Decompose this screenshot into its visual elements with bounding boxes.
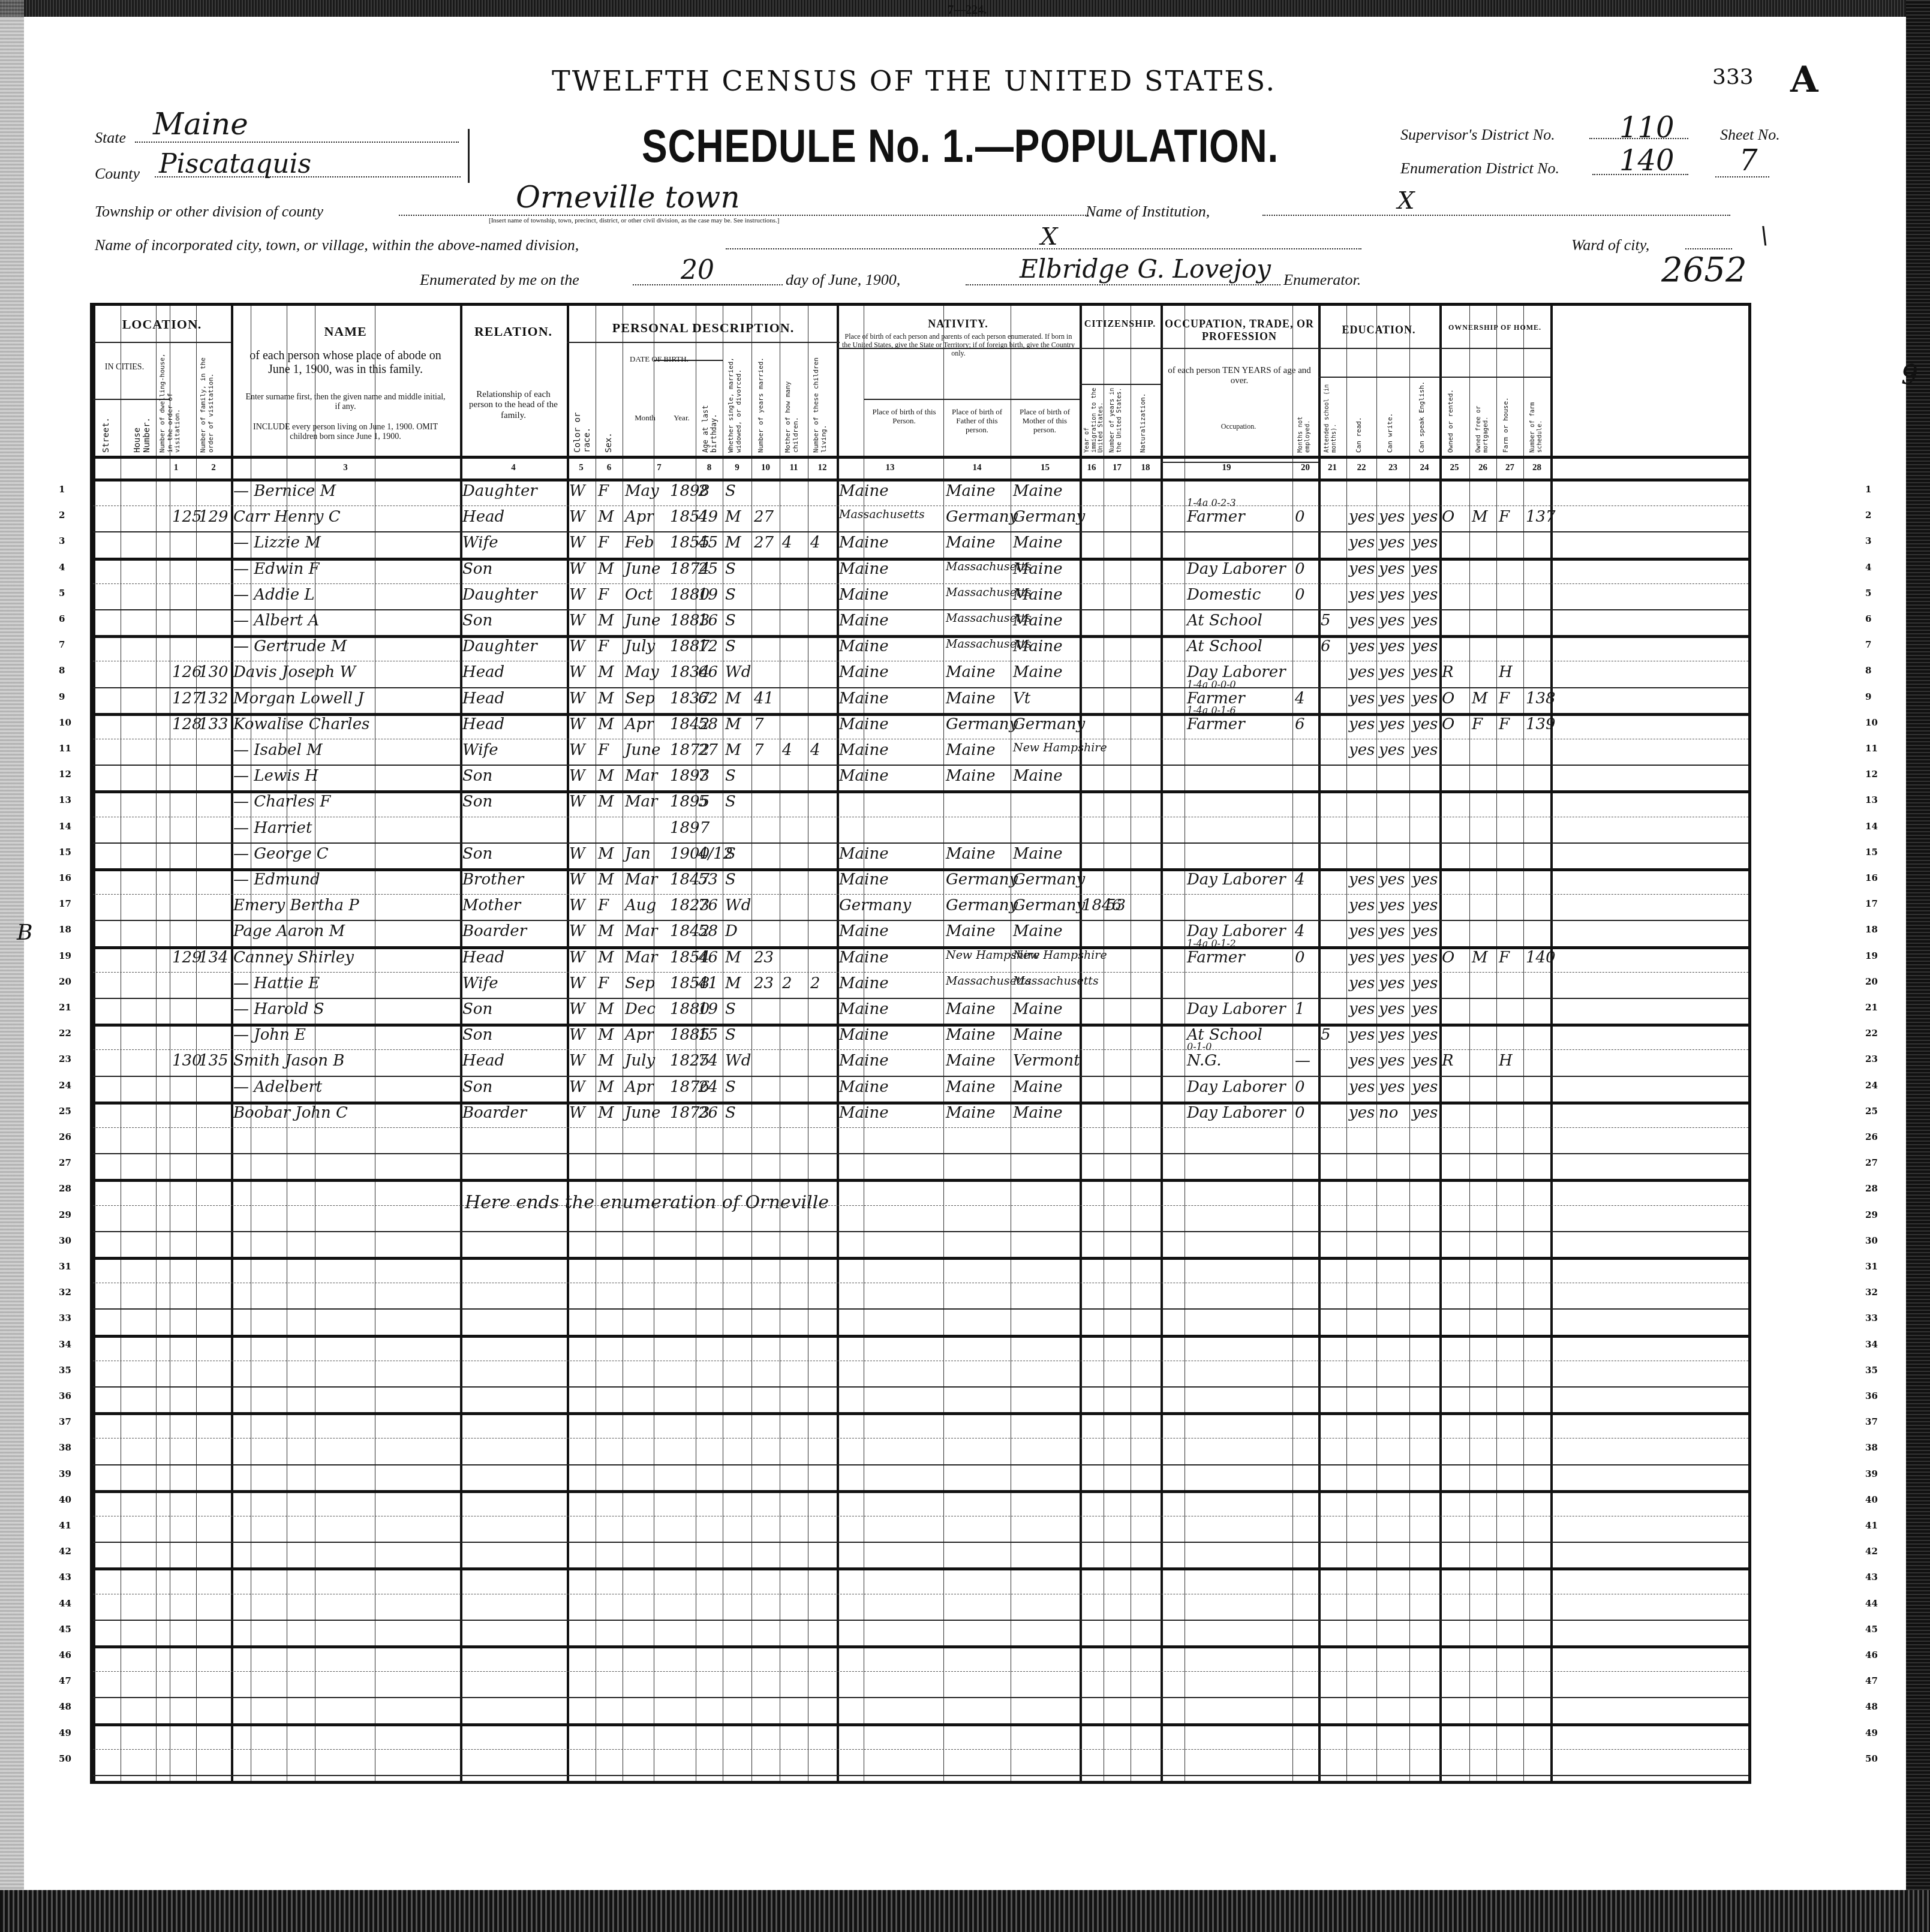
line-number-right: 47 — [1865, 1675, 1878, 1686]
stamp-number: 2652 — [1661, 251, 1747, 290]
township-note: [Insert name of township, town, precinct… — [489, 217, 780, 224]
cell-sex: M — [598, 871, 614, 889]
cell-occupation: Day Laborer — [1187, 871, 1286, 889]
cell-sex: M — [598, 1052, 614, 1070]
row-ruling — [93, 1567, 1748, 1570]
column-number: 16 — [1080, 463, 1104, 473]
cell-marital: D — [725, 922, 738, 940]
cell-mother-of: 2 — [782, 974, 792, 992]
ruling — [93, 306, 95, 1781]
cell-family: 129 — [199, 508, 229, 526]
cell-relation: Son — [462, 1078, 492, 1096]
occupation-desc: of each person TEN YEARS of age and over… — [1167, 366, 1312, 387]
cell-relation: Head — [462, 690, 504, 708]
cell-write: yes — [1379, 949, 1405, 967]
cell-sex: M — [598, 560, 614, 578]
cell-read: yes — [1349, 741, 1375, 759]
cell-owned: R — [1442, 1052, 1454, 1070]
cell-sex: M — [598, 1026, 614, 1044]
cell-not-employed: 0 — [1295, 1078, 1305, 1096]
ruling — [1346, 306, 1347, 1781]
census-title: TWELFTH CENSUS OF THE UNITED STATES. — [552, 65, 1276, 97]
line-number-right: 9 — [1865, 691, 1871, 702]
cell-age: 62 — [698, 690, 718, 708]
page-letter: A — [1790, 59, 1818, 101]
line-number-right: 46 — [1865, 1650, 1878, 1660]
cell-mother-birth: Maine — [1013, 560, 1063, 578]
cell-marital: Wd — [725, 1052, 751, 1070]
cell-birth: Maine — [839, 767, 889, 785]
cell-occupation-code: 0-1-0 — [1187, 1041, 1211, 1052]
cell-sex: M — [598, 1104, 614, 1122]
cell-name: — Lizzie M — [233, 534, 321, 552]
cell-marital: S — [725, 1104, 736, 1122]
line-number-right: 22 — [1865, 1028, 1878, 1039]
cell-farm: F — [1499, 949, 1510, 967]
incorporated-value: X — [1041, 223, 1057, 251]
sheet-underline — [1715, 176, 1769, 177]
ruling — [780, 306, 780, 1781]
column-number: 24 — [1409, 463, 1439, 473]
line-number-right: 42 — [1865, 1546, 1878, 1557]
cell-relation: Head — [462, 1052, 504, 1070]
cell-color: W — [569, 663, 585, 681]
row-ruling — [93, 1645, 1748, 1648]
column-number: 8 — [696, 463, 723, 473]
line-number-right: 26 — [1865, 1131, 1878, 1142]
cell-write: yes — [1379, 586, 1405, 604]
ward-label: Ward of city, — [1571, 236, 1649, 254]
column-number: 21 — [1318, 463, 1346, 473]
cell-write: yes — [1379, 1078, 1405, 1096]
cell-marital: S — [725, 560, 736, 578]
cell-write: no — [1379, 1104, 1398, 1122]
ruling — [196, 306, 197, 1781]
ruling — [723, 306, 723, 1781]
cell-family: 134 — [199, 949, 229, 967]
cell-yrs-married: 23 — [754, 974, 774, 992]
cell-read: yes — [1349, 1000, 1375, 1018]
cell-write: yes — [1379, 1026, 1405, 1044]
cell-age: 25 — [698, 560, 718, 578]
col-marital: Whether single, married, widowed, or div… — [727, 348, 742, 453]
cell-month: June — [625, 612, 660, 630]
column-number: 14 — [943, 463, 1011, 473]
cell-mortgaged: F — [1472, 715, 1483, 733]
line-number-left: 16 — [59, 872, 71, 883]
cell-read: yes — [1349, 1052, 1375, 1070]
group-nativity: NATIVITY. — [837, 318, 1080, 330]
column-number: 11 — [780, 463, 808, 473]
cell-living: 2 — [810, 974, 820, 992]
ruling — [1161, 306, 1163, 1781]
cell-occupation-code: 1-4a 0-1-6 — [1187, 705, 1236, 716]
cell-yrs-married: 7 — [754, 741, 764, 759]
ruling — [1011, 306, 1011, 1781]
line-number-right: 18 — [1865, 924, 1878, 935]
cell-occupation: Day Laborer — [1187, 1000, 1286, 1018]
line-number-left: 19 — [59, 950, 71, 961]
cell-marital: S — [725, 871, 736, 889]
schedule-title: SCHEDULE No. 1.—POPULATION. — [642, 119, 1279, 173]
row-ruling — [93, 1049, 1748, 1050]
row-ruling — [93, 842, 1748, 844]
cell-write: yes — [1379, 871, 1405, 889]
cell-age: 53 — [698, 871, 718, 889]
row-ruling — [93, 661, 1748, 661]
cell-occupation: Day Laborer — [1187, 1104, 1286, 1122]
cell-relation: Wife — [462, 741, 498, 759]
cell-month: Mar — [625, 871, 658, 889]
name-desc-3: INCLUDE every person living on June 1, 1… — [243, 423, 448, 442]
cell-relation: Boarder — [462, 1104, 527, 1122]
cell-sex: F — [598, 974, 609, 992]
line-number-right: 36 — [1865, 1391, 1878, 1401]
cell-age: 26 — [698, 1104, 718, 1122]
cell-not-employed: 0 — [1295, 1104, 1305, 1122]
institution-label: Name of Institution, — [1086, 203, 1210, 221]
line-number-left: 45 — [59, 1624, 71, 1635]
cell-birth: Maine — [839, 586, 889, 604]
cell-relation: Head — [462, 508, 504, 526]
line-number-right: 20 — [1865, 976, 1878, 987]
cell-month: Sep — [625, 974, 655, 992]
cell-name: Page Aaron M — [233, 922, 345, 940]
row-ruling — [93, 972, 1748, 973]
column-number: 10 — [751, 463, 780, 473]
enumeration-label: Enumeration District No. — [1400, 160, 1559, 177]
cell-age: 41 — [698, 974, 718, 992]
page-number: 333 — [1712, 65, 1754, 89]
column-number: 20 — [1292, 463, 1318, 473]
cell-color: W — [569, 586, 585, 604]
cell-english: yes — [1412, 1026, 1438, 1044]
line-number-left: 36 — [59, 1391, 71, 1401]
cell-name: Carr Henry C — [233, 508, 341, 526]
scan-border-bottom — [0, 1890, 1930, 1932]
line-number-left: 18 — [59, 924, 71, 935]
line-number-left: 17 — [59, 898, 71, 909]
line-number-left: 42 — [59, 1546, 71, 1557]
cell-name: — Lewis H — [233, 767, 318, 785]
cell-yrs-married: 27 — [754, 534, 774, 552]
cell-name: Kowalise Charles — [233, 715, 369, 733]
cell-write: yes — [1379, 741, 1405, 759]
ruling — [1131, 306, 1131, 1781]
cell-relation: Head — [462, 949, 504, 967]
cell-mother-birth: Maine — [1013, 637, 1063, 655]
row-ruling — [93, 1231, 1748, 1232]
ruling — [121, 306, 121, 1781]
name-desc-1: of each person whose place of abode on J… — [246, 349, 445, 377]
cell-english: yes — [1412, 896, 1438, 914]
cell-marital: M — [725, 690, 741, 708]
cell-birth: Germany — [839, 896, 911, 914]
cell-relation: Son — [462, 767, 492, 785]
cell-month: Mar — [625, 922, 658, 940]
cell-marital: S — [725, 586, 736, 604]
cell-name: — Addie L — [233, 586, 315, 604]
cell-living: 4 — [810, 534, 820, 552]
cell-relation: Wife — [462, 534, 498, 552]
cell-father-birth: Germany — [946, 715, 1018, 733]
cell-color: W — [569, 767, 585, 785]
cell-color: W — [569, 508, 585, 526]
line-number-left: 8 — [59, 665, 65, 676]
cell-sex: F — [598, 741, 609, 759]
ruling — [93, 342, 231, 343]
line-number-left: 3 — [59, 535, 65, 546]
cell-mother-birth: Maine — [1013, 663, 1063, 681]
cell-read: yes — [1349, 508, 1375, 526]
cell-mother-birth: Germany — [1013, 871, 1085, 889]
cell-relation: Daughter — [462, 482, 537, 500]
cell-color: W — [569, 922, 585, 940]
row-ruling — [93, 765, 1748, 766]
cell-month: Oct — [625, 586, 653, 604]
cell-marital: M — [725, 534, 741, 552]
cell-occupation: Day Laborer — [1187, 1078, 1286, 1096]
cell-color: W — [569, 871, 585, 889]
cell-birth: Maine — [839, 922, 889, 940]
col-birthplace: Place of birth of this Person. — [867, 408, 942, 426]
line-number-right: 15 — [1865, 847, 1878, 857]
cell-age: 74 — [698, 1052, 718, 1070]
col-years-married: Number of years married. — [757, 348, 765, 453]
line-number-left: 21 — [59, 1002, 71, 1013]
line-number-left: 24 — [59, 1080, 71, 1091]
cell-not-employed: 0 — [1295, 949, 1305, 967]
margin-note-right: 9 — [1901, 360, 1918, 390]
scan-border-right — [1906, 0, 1930, 1932]
supervisor-value: 110 — [1619, 111, 1675, 145]
cell-marital: S — [725, 1026, 736, 1044]
cell-family: 133 — [199, 715, 229, 733]
cell-name: — Edwin F — [233, 560, 320, 578]
enumerated-label: Enumerated by me on the — [420, 271, 579, 289]
line-number-right: 23 — [1865, 1054, 1878, 1064]
line-number-right: 40 — [1865, 1494, 1878, 1505]
cell-mother-birth: Maine — [1013, 534, 1063, 552]
line-number-left: 12 — [59, 769, 71, 780]
cell-age: 7 — [698, 767, 708, 785]
ruling — [1496, 306, 1497, 1781]
cell-birth: Massachusetts — [839, 508, 925, 521]
line-number-left: 15 — [59, 847, 71, 857]
row-ruling — [93, 868, 1748, 871]
line-number-left: 1 — [59, 484, 65, 495]
row-ruling — [93, 1516, 1748, 1516]
column-number: 3 — [231, 463, 460, 473]
ruling — [943, 306, 944, 1781]
cell-english: yes — [1412, 715, 1438, 733]
cell-month: Apr — [625, 1026, 654, 1044]
cell-marital: S — [725, 793, 736, 811]
row-ruling — [93, 1775, 1748, 1776]
ruling — [315, 306, 315, 1781]
col-mother-birthplace: Place of birth of Mother of this person. — [1012, 408, 1078, 435]
cell-read: yes — [1349, 612, 1375, 630]
cell-marital: M — [725, 715, 741, 733]
line-number-right: 45 — [1865, 1624, 1878, 1635]
cell-month: July — [625, 637, 655, 655]
cell-write: yes — [1379, 534, 1405, 552]
cell-farm: H — [1499, 663, 1513, 681]
cell-age: 58 — [698, 715, 718, 733]
line-number-left: 13 — [59, 795, 71, 805]
column-number: 26 — [1469, 463, 1496, 473]
ruling — [93, 479, 1748, 482]
column-number: 22 — [1346, 463, 1376, 473]
cell-write: yes — [1379, 508, 1405, 526]
line-number-left: 31 — [59, 1261, 71, 1272]
cell-dwelling: 128 — [172, 715, 202, 733]
ruling — [1080, 384, 1161, 385]
cell-color: W — [569, 1052, 585, 1070]
line-number-right: 11 — [1865, 743, 1878, 754]
column-number: 17 — [1104, 463, 1131, 473]
cell-read: yes — [1349, 715, 1375, 733]
group-location: LOCATION. — [93, 317, 231, 332]
line-number-right: 6 — [1865, 613, 1871, 624]
cell-write: yes — [1379, 974, 1405, 992]
ruling — [1104, 306, 1104, 1781]
cell-mother-birth: Maine — [1013, 1026, 1063, 1044]
col-color: Color or race. — [573, 396, 592, 453]
township-value: Orneville town — [516, 180, 740, 215]
cell-mother-birth: New Hampshire — [1013, 741, 1107, 754]
cell-relation: Daughter — [462, 586, 537, 604]
cell-father-birth: Maine — [946, 663, 996, 681]
row-ruling — [93, 920, 1748, 921]
cell-not-employed: 0 — [1295, 508, 1305, 526]
line-number-right: 48 — [1865, 1701, 1878, 1712]
cell-month: Apr — [625, 508, 654, 526]
cell-year: 1897 — [670, 819, 710, 837]
cell-color: W — [569, 637, 585, 655]
column-number: 12 — [808, 463, 837, 473]
ruling — [1292, 306, 1293, 1781]
column-number: 5 — [567, 463, 596, 473]
cell-marital: M — [725, 949, 741, 967]
cell-yrs-married: 41 — [754, 690, 774, 708]
cell-father-birth: Maine — [946, 690, 996, 708]
cell-occupation-code: 1-4a 0-0-0 — [1187, 679, 1236, 690]
row-ruling — [93, 894, 1748, 895]
cell-english: yes — [1412, 922, 1438, 940]
cell-mother-birth: Maine — [1013, 767, 1063, 785]
row-ruling — [93, 1464, 1748, 1465]
cell-sex: M — [598, 690, 614, 708]
cell-dwelling: 126 — [172, 663, 202, 681]
group-occupation: OCCUPATION, TRADE, OR PROFESSION — [1161, 318, 1318, 342]
cell-sex: M — [598, 508, 614, 526]
cell-month: Aug — [625, 896, 656, 914]
ruling — [1469, 306, 1470, 1781]
line-number-right: 39 — [1865, 1468, 1878, 1479]
line-number-right: 41 — [1865, 1520, 1878, 1531]
row-ruling — [93, 558, 1748, 561]
line-number-left: 43 — [59, 1572, 71, 1582]
group-personal-description: PERSONAL DESCRIPTION. — [567, 320, 840, 335]
row-ruling — [93, 1335, 1748, 1338]
cell-write: yes — [1379, 637, 1405, 655]
cell-yrs-us: 53 — [1106, 896, 1126, 914]
cell-name: — Hattie E — [233, 974, 320, 992]
township-label: Township or other division of county — [95, 203, 323, 221]
cell-birth: Maine — [839, 637, 889, 655]
col-free-mortgaged: Owned free or mortgaged. — [1475, 381, 1489, 453]
county-value: Piscataquis — [159, 149, 311, 179]
cell-mother-birth: Maine — [1013, 482, 1063, 500]
line-number-right: 33 — [1865, 1313, 1878, 1323]
cell-father-birth: Germany — [946, 896, 1018, 914]
cell-owned: O — [1442, 949, 1454, 967]
line-number-right: 2 — [1865, 510, 1871, 520]
cell-name: Morgan Lowell J — [233, 690, 364, 708]
ruling — [170, 306, 170, 1781]
line-number-right: 32 — [1865, 1287, 1878, 1298]
row-ruling — [93, 1308, 1748, 1310]
form-code: 7—224. — [948, 4, 987, 17]
incorporated-label: Name of incorporated city, town, or vill… — [95, 236, 579, 254]
cell-dwelling: 129 — [172, 949, 202, 967]
col-family: Number of family, in the order of visita… — [200, 348, 215, 453]
cell-read: yes — [1349, 896, 1375, 914]
cell-month: May — [625, 663, 659, 681]
cell-mortgaged: M — [1472, 690, 1488, 708]
ruling — [654, 306, 654, 1781]
cell-write: yes — [1379, 715, 1405, 733]
ruling — [1185, 306, 1185, 1781]
enumerator-underline — [966, 284, 1280, 285]
cell-schedule: 138 — [1526, 690, 1556, 708]
ruling — [1550, 306, 1553, 1781]
column-number: 15 — [1011, 463, 1080, 473]
row-ruling — [93, 1153, 1748, 1154]
cell-english: yes — [1412, 560, 1438, 578]
cell-relation: Son — [462, 1000, 492, 1018]
enumeration-value: 140 — [1619, 144, 1675, 177]
cell-english: yes — [1412, 1104, 1438, 1122]
cell-name: Smith Jason B — [233, 1052, 344, 1070]
line-number-right: 50 — [1865, 1753, 1878, 1764]
cell-occupation: At School — [1187, 637, 1262, 655]
row-ruling — [93, 1205, 1748, 1206]
cell-color: W — [569, 1104, 585, 1122]
cell-dwelling: 130 — [172, 1052, 202, 1070]
state-county-brace — [462, 129, 470, 183]
column-number: 6 — [596, 463, 623, 473]
line-number-left: 35 — [59, 1365, 71, 1376]
cell-sex: M — [598, 715, 614, 733]
cell-age: 45 — [698, 534, 718, 552]
row-ruling — [93, 1723, 1748, 1726]
cell-father-birth: Maine — [946, 1026, 996, 1044]
line-number-left: 34 — [59, 1339, 71, 1350]
cell-birth: Maine — [839, 949, 889, 967]
col-attended-school: Attended school (in months). — [1324, 381, 1337, 453]
cell-age: 27 — [698, 741, 718, 759]
col-year: Year. — [668, 414, 696, 423]
supervisor-label: Supervisor's District No. — [1400, 126, 1555, 144]
cell-name: — Charles F — [233, 793, 330, 811]
cell-month: June — [625, 741, 660, 759]
cell-name: — George C — [233, 845, 329, 863]
line-number-left: 25 — [59, 1106, 71, 1117]
line-number-right: 14 — [1865, 821, 1878, 832]
cell-color: W — [569, 534, 585, 552]
